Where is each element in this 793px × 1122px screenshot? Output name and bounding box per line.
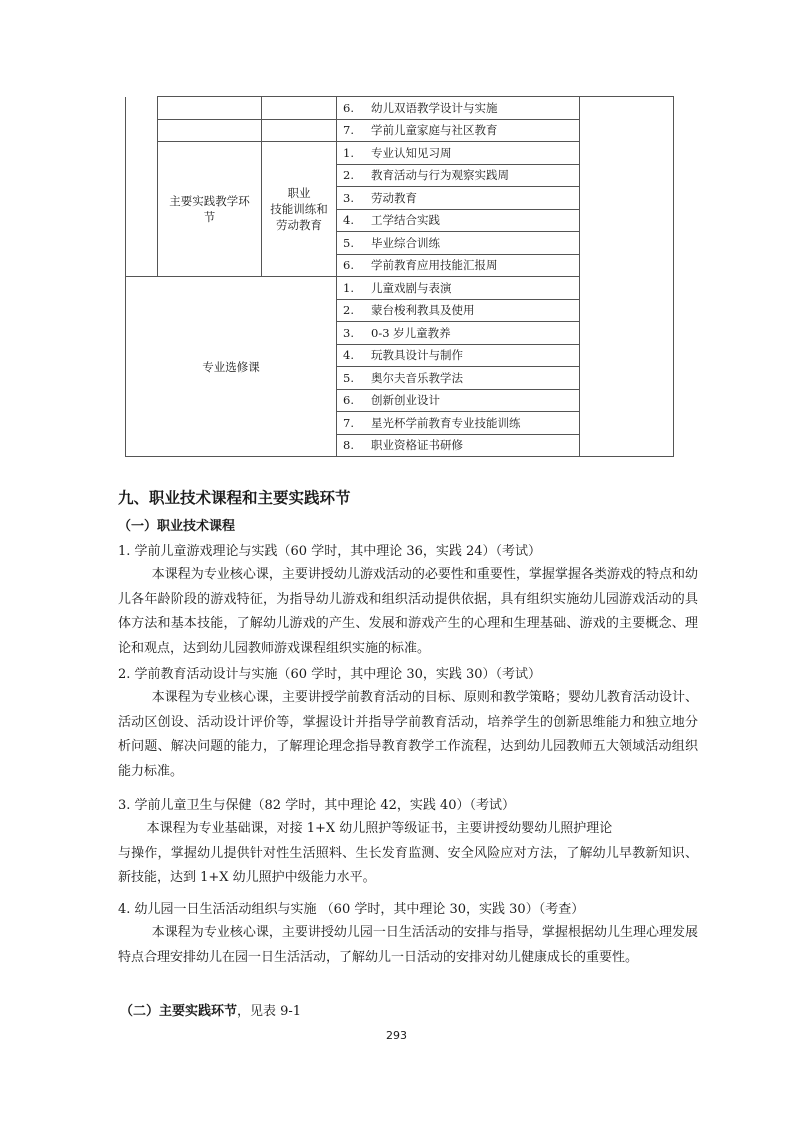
course-item: 1.儿童戏剧与表演 xyxy=(337,277,580,300)
course-item: 1.专业认知见习周 xyxy=(337,142,580,165)
blank-cell xyxy=(580,97,674,457)
course-item: 8.职业资格证书研修 xyxy=(337,434,580,457)
description-rest: 与操作，掌握幼儿提供针对性生活照料、生长发育监测、安全风险应对方法，了解幼儿早教… xyxy=(118,842,698,891)
curriculum-table: 6.幼儿双语教学设计与实施 7.学前儿童家庭与社区教育 主要实践教学环节 职业 … xyxy=(125,96,674,457)
section-title: 九、职业技术课程和主要实践环节 xyxy=(118,486,351,508)
blank-cell xyxy=(126,97,158,277)
blank-cell xyxy=(158,97,262,120)
course-item: 7.学前儿童家庭与社区教育 xyxy=(337,119,580,142)
subcategory-cell: 职业 技能训练和 劳动教育 xyxy=(262,142,337,277)
blank-cell xyxy=(262,97,337,120)
description-line: 本课程为专业基础课，对接 1+X 幼儿照护等级证书，主要讲授幼婴幼儿照护理论 xyxy=(118,817,698,842)
course-item: 2.蒙台梭利教具及使用 xyxy=(337,299,580,322)
course-heading: 2. 学前教育活动设计与实施（60 学时，其中理论 30，实践 30）（考试） xyxy=(118,663,541,682)
course-description: 本课程为专业核心课，主要讲授幼儿游戏活动的必要性和重要性，掌握掌握各类游戏的特点… xyxy=(118,563,698,661)
course-item: 5.毕业综合训练 xyxy=(337,232,580,255)
course-item: 5.奥尔夫音乐教学法 xyxy=(337,367,580,390)
page-number: 293 xyxy=(0,1029,793,1042)
elective-category-cell: 专业选修课 xyxy=(126,277,337,457)
course-item: 3.劳动教育 xyxy=(337,187,580,210)
subsection-title: （一）职业技术课程 xyxy=(118,515,235,534)
course-item: 4.工学结合实践 xyxy=(337,209,580,232)
course-heading: 4. 幼儿园一日生活活动组织与实施 （60 学时，其中理论 30，实践 30）（… xyxy=(118,898,584,917)
course-heading: 3. 学前儿童卫生与保健（82 学时，其中理论 42，实践 40）（考试） xyxy=(118,794,515,813)
subsection-title: （二）主要实践环节，见表 9-1 xyxy=(120,1000,301,1019)
course-item: 7.星光杯学前教育专业技能训练 xyxy=(337,412,580,435)
course-heading: 1. 学前儿童游戏理论与实践（60 学时，其中理论 36，实践 24）（考试） xyxy=(118,540,541,559)
blank-cell xyxy=(262,119,337,142)
table-row: 6.幼儿双语教学设计与实施 xyxy=(126,97,674,120)
blank-cell xyxy=(158,119,262,142)
document-page: 6.幼儿双语教学设计与实施 7.学前儿童家庭与社区教育 主要实践教学环节 职业 … xyxy=(0,0,793,1122)
course-item: 6.幼儿双语教学设计与实施 xyxy=(337,97,580,120)
course-description: 本课程为专业核心课，主要讲授学前教育活动的目标、原则和教学策略；婴幼儿教育活动设… xyxy=(118,686,698,784)
course-description: 本课程为专业基础课，对接 1+X 幼儿照护等级证书，主要讲授幼婴幼儿照护理论 与… xyxy=(118,817,698,891)
course-description: 本课程为专业核心课，主要讲授幼儿园一日生活活动的安排与指导，掌握根据幼儿生理心理… xyxy=(118,921,698,970)
course-item: 6.学前教育应用技能汇报周 xyxy=(337,254,580,277)
course-item: 6.创新创业设计 xyxy=(337,389,580,412)
course-item: 4.玩教具设计与制作 xyxy=(337,344,580,367)
course-item: 3.0-3 岁儿童教养 xyxy=(337,322,580,345)
course-item: 2.教育活动与行为观察实践周 xyxy=(337,164,580,187)
category-cell: 主要实践教学环节 xyxy=(158,142,262,277)
